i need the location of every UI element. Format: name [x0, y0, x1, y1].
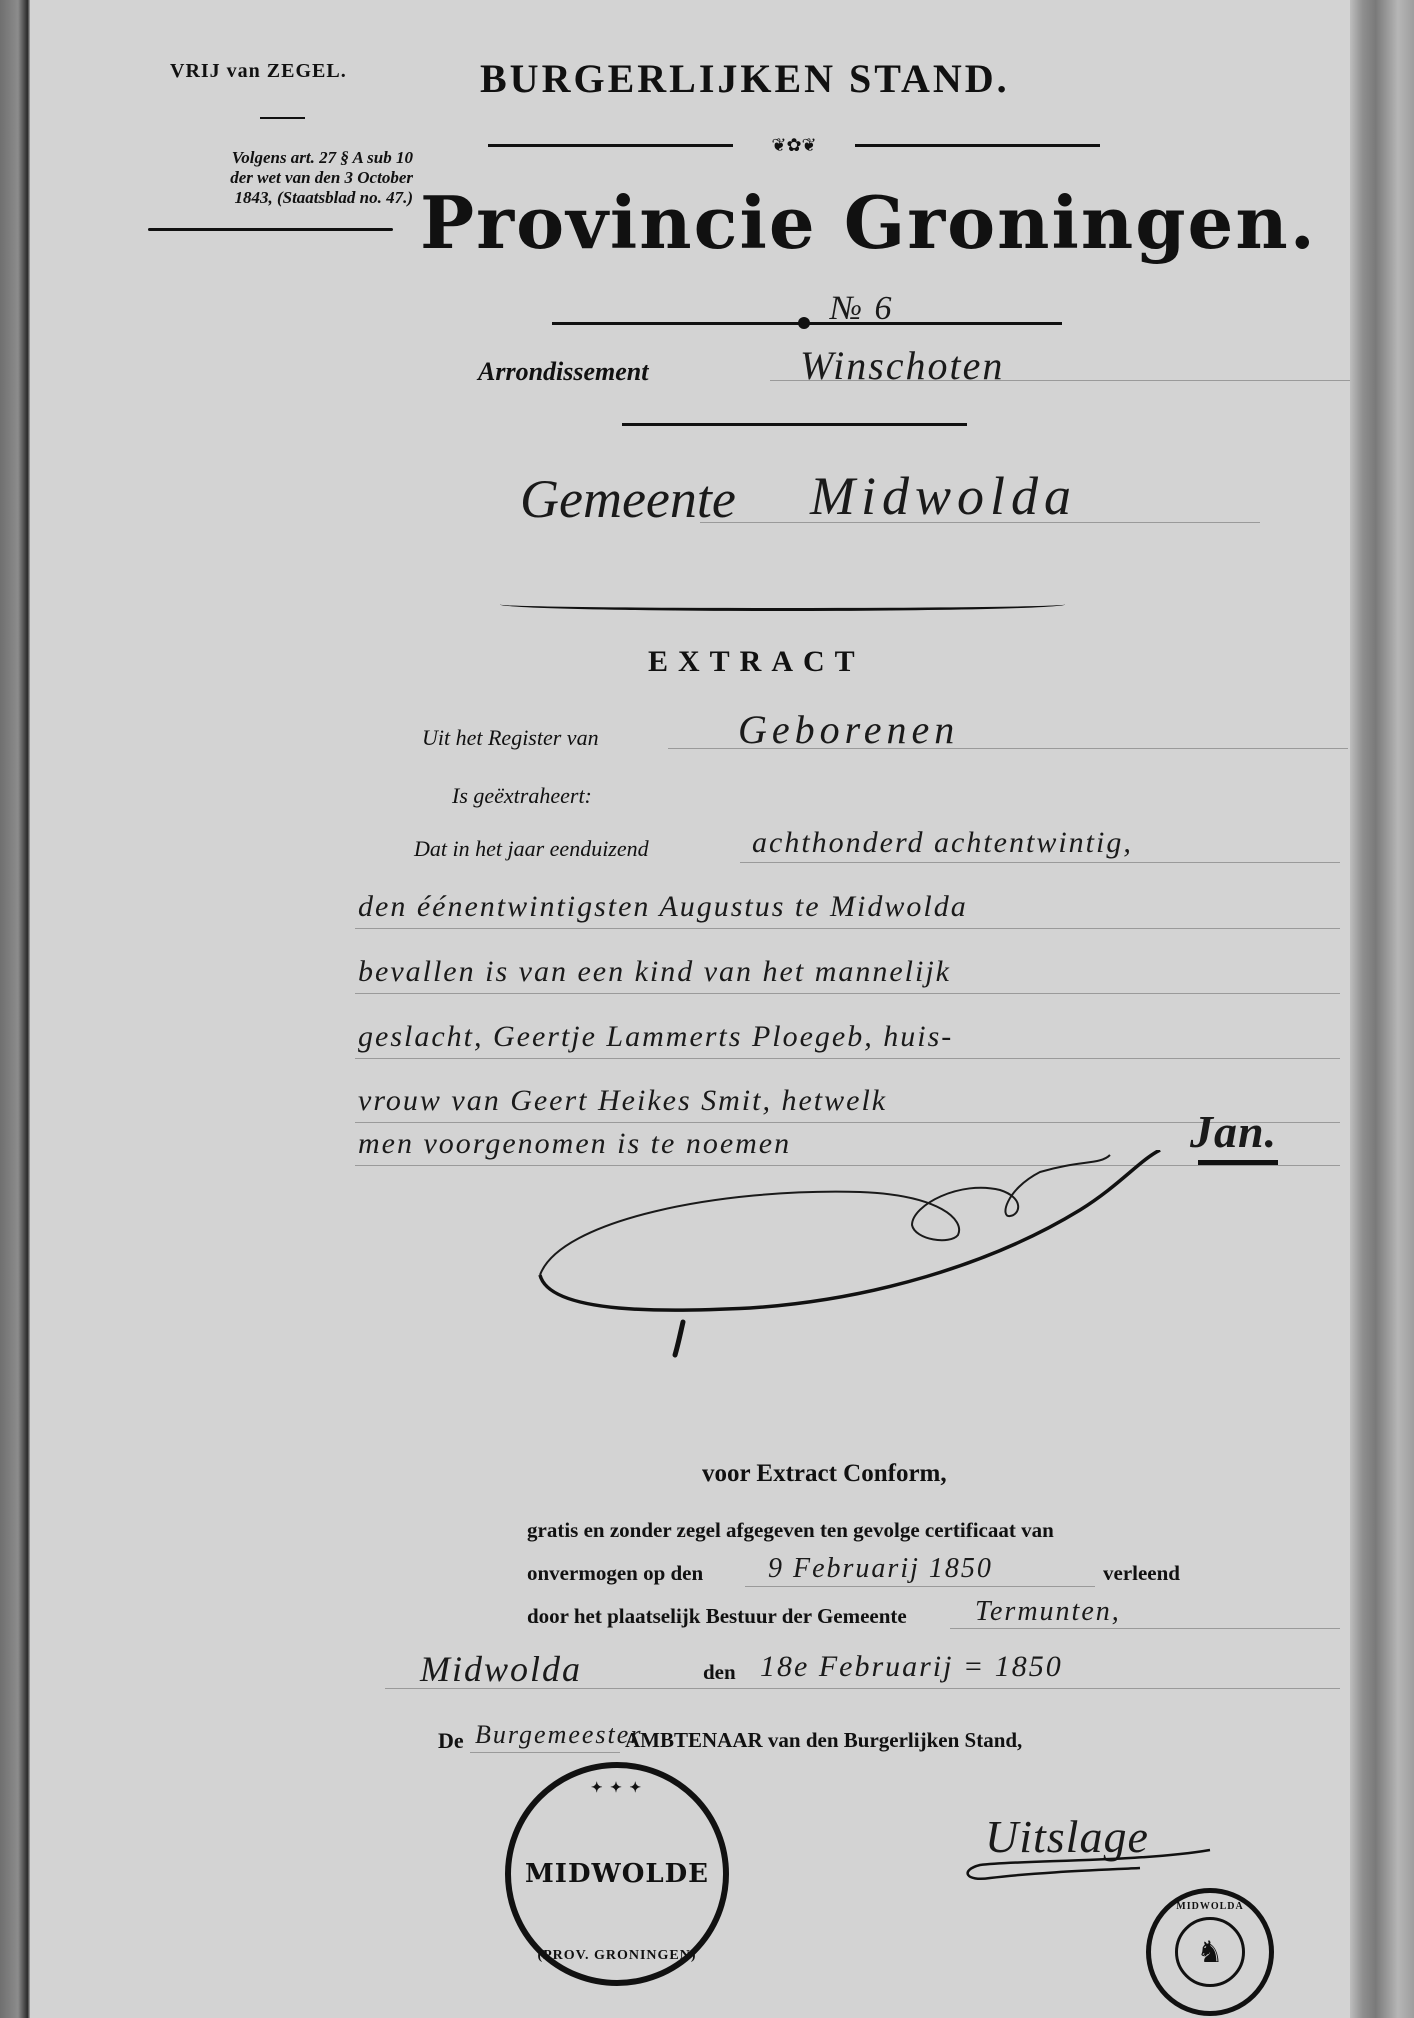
binding-edge-left — [0, 0, 30, 2018]
fill-line — [355, 993, 1340, 994]
floral-ornament-icon: ❦✿❦ — [738, 135, 850, 155]
seal-ring-text: ✦ ✦ ✦ — [511, 1780, 723, 1797]
register-value: Geborenen — [738, 706, 959, 753]
archive-stamp-ring-text: MIDWOLDA — [1151, 1901, 1269, 1912]
fill-line — [950, 1628, 1340, 1629]
legal-reference: Volgens art. 27 § A sub 10 der wet van d… — [143, 148, 413, 208]
document-page — [30, 0, 1350, 2018]
dot-ornament-icon — [798, 317, 810, 329]
fill-line — [355, 1058, 1340, 1059]
page-edge-right — [1350, 0, 1414, 2018]
issue-date: 18e Februarij = 1850 — [760, 1650, 1063, 1684]
legal-reference-line: der wet van den 3 October — [143, 168, 413, 188]
ornament-divider — [622, 423, 967, 426]
province-heading: Provincie Groningen. — [420, 180, 1317, 265]
legal-reference-line: 1843, (Staatsblad no. 47.) — [143, 188, 413, 208]
arrondissement-value: Winschoten — [800, 342, 1004, 389]
extract-line: geslacht, Geertje Lammerts Ploegeb, huis… — [358, 1020, 953, 1054]
seal-center-text: MIDWOLDE — [525, 1859, 709, 1889]
extract-line: achthonderd achtentwintig, — [752, 826, 1133, 860]
document-title: BURGERLIJKEN STAND. — [480, 55, 1010, 102]
year-label: Dat in het jaar eenduizend — [414, 836, 649, 862]
stamp-exemption-text: VRIJ van ZEGEL. — [170, 60, 347, 83]
issuing-municipality: Termunten, — [975, 1596, 1121, 1628]
municipal-seal: ✦ ✦ ✦ MIDWOLDE (PROV. GRONINGEN) — [505, 1762, 729, 1986]
ornament-divider: ❦✿❦ — [488, 141, 1100, 149]
archive-stamp: MIDWOLDA ♞ — [1146, 1888, 1274, 2016]
certificate-date: 9 Februarij 1850 — [768, 1553, 993, 1585]
fill-line — [745, 1586, 1095, 1587]
small-divider — [260, 117, 305, 119]
fill-line — [355, 928, 1340, 929]
extract-line: den éénentwintigsten Augustus te Midwold… — [358, 890, 968, 924]
certification-line: gratis en zonder zegel afgegeven ten gev… — [527, 1518, 1054, 1543]
extract-line: bevallen is van een kind van het manneli… — [358, 955, 951, 989]
extract-line: vrouw van Geert Heikes Smit, hetwelk — [358, 1084, 887, 1118]
gemeente-label: Gemeente — [520, 468, 736, 530]
official-suffix: AMBTENAAR van den Burgerlijken Stand, — [625, 1728, 1022, 1753]
fill-line — [470, 1752, 620, 1753]
flourish-ornament-icon — [520, 1150, 1220, 1380]
place-of-issue: Midwolda — [420, 1648, 582, 1690]
wavy-divider — [148, 228, 393, 231]
legal-reference-line: Volgens art. 27 § A sub 10 — [143, 148, 413, 168]
certification-line-suffix: verleend — [1103, 1561, 1180, 1586]
certification-line-prefix: door het plaatselijk Bestuur der Gemeent… — [527, 1604, 907, 1629]
seal-ring-text: (PROV. GRONINGEN) — [511, 1948, 723, 1964]
certification-heading: voor Extract Conform, — [702, 1460, 947, 1488]
gemeente-value: Midwolda — [810, 465, 1077, 527]
fill-line — [740, 862, 1340, 863]
brace-divider — [500, 598, 1065, 611]
archive-emblem-icon: ♞ — [1175, 1917, 1245, 1987]
official-prefix: De — [438, 1728, 464, 1754]
register-label: Uit het Register van — [422, 725, 599, 751]
extracted-label: Is geëxtraheert: — [452, 783, 592, 809]
certification-line-prefix: onvermogen op den — [527, 1561, 703, 1586]
signature-flourish-icon — [960, 1840, 1220, 1890]
extract-heading: EXTRACT — [648, 645, 865, 679]
arrondissement-number: № 6 — [830, 290, 894, 328]
official-role: Burgemeester — [475, 1720, 642, 1750]
arrondissement-label: Arrondissement — [478, 357, 649, 387]
date-label: den — [703, 1660, 736, 1685]
